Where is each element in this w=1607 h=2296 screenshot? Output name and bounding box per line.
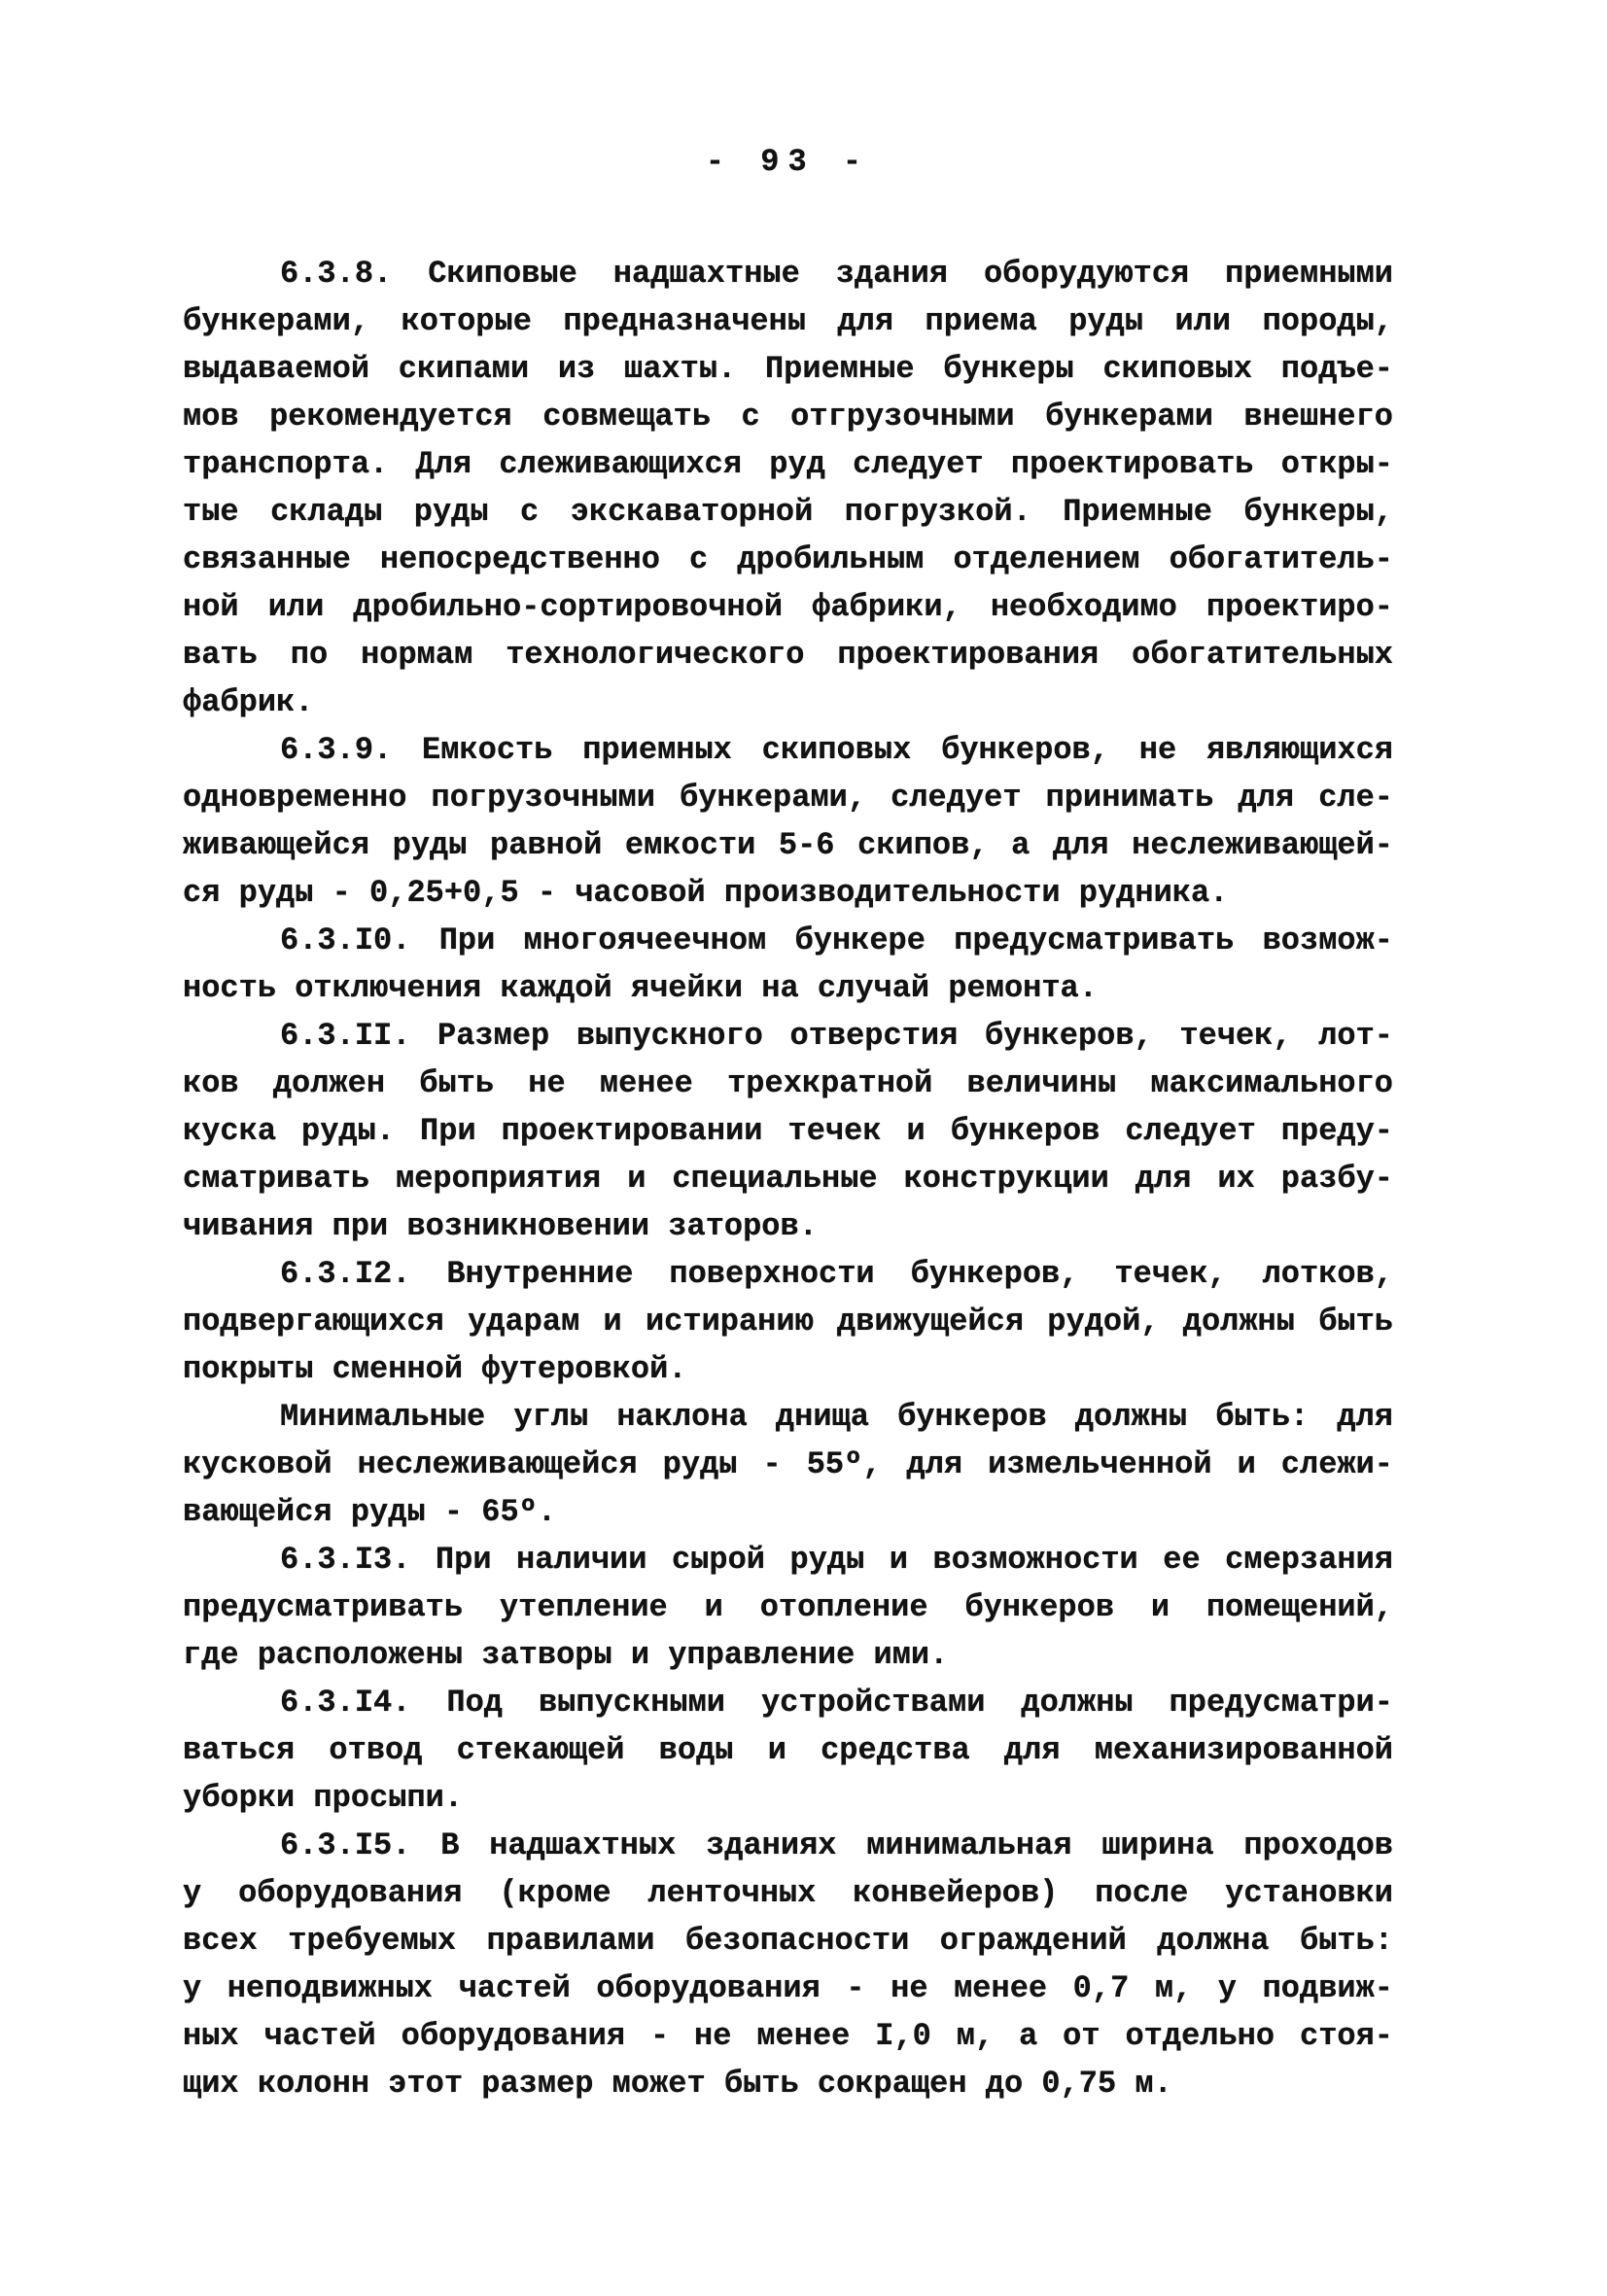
paragraph-min-angles: Минимальные углы наклона днища бункеров … <box>183 1393 1393 1536</box>
text-line: ков должен быть не менее трехкратной вел… <box>183 1060 1393 1107</box>
paragraph-6-3-12: 6.3.I2. Внутренние поверхности бункеров,… <box>183 1250 1393 1393</box>
text-line: вать по нормам технологического проектир… <box>183 631 1393 678</box>
document-page: - 93 - 6.3.8. Скиповые надшахтные здания… <box>0 0 1607 2296</box>
paragraph-6-3-15: 6.3.I5. В надшахтных зданиях минимальная… <box>183 1822 1393 2107</box>
text-line: 6.3.II. Размер выпускного отверстия бунк… <box>183 1012 1393 1060</box>
text-line: выдаваемой скипами из шахты. Приемные бу… <box>183 345 1393 393</box>
text-line: Минимальные углы наклона днища бункеров … <box>183 1393 1393 1441</box>
text-line: предусматривать утепление и отопление бу… <box>183 1583 1393 1631</box>
text-line: у неподвижных частей оборудования - не м… <box>183 1965 1393 2012</box>
text-line: 6.3.8. Скиповые надшахтные здания оборуд… <box>183 250 1393 297</box>
text-line: уборки просыпи. <box>183 1774 1393 1822</box>
paragraph-6-3-8: 6.3.8. Скиповые надшахтные здания оборуд… <box>183 250 1393 726</box>
text-line: 6.3.I2. Внутренние поверхности бункеров,… <box>183 1250 1393 1298</box>
text-line: щих колонн этот размер может быть сокращ… <box>183 2060 1393 2107</box>
text-line: всех требуемых правилами безопасности ог… <box>183 1917 1393 1965</box>
text-line: 6.3.I3. При наличии сырой руды и возможн… <box>183 1536 1393 1583</box>
text-line: одновременно погрузочными бункерами, сле… <box>183 774 1393 821</box>
text-line: связанные непосредственно с дробильным о… <box>183 536 1393 583</box>
paragraph-6-3-9: 6.3.9. Емкость приемных скиповых бункеро… <box>183 726 1393 917</box>
text-line: у оборудования (кроме ленточных конвейер… <box>183 1869 1393 1917</box>
text-line: ных частей оборудования - не менее I,0 м… <box>183 2012 1393 2060</box>
text-line: кусковой неслеживающейся руды - 55º, для… <box>183 1441 1393 1488</box>
text-line: ваться отвод стекающей воды и средства д… <box>183 1726 1393 1774</box>
text-line: ной или дробильно-сортировочной фабрики,… <box>183 583 1393 631</box>
text-line: где расположены затворы и управление ими… <box>183 1631 1393 1679</box>
page-number: - 93 - <box>183 144 1393 180</box>
text-line: чивания при возникновении заторов. <box>183 1202 1393 1250</box>
text-line: мов рекомендуется совмещать с отгрузочны… <box>183 393 1393 440</box>
paragraph-6-3-11: 6.3.II. Размер выпускного отверстия бунк… <box>183 1012 1393 1250</box>
text-line: ность отключения каждой ячейки на случай… <box>183 964 1393 1012</box>
text-line: фабрик. <box>183 678 1393 726</box>
text-line: транспорта. Для слеживающихся руд следуе… <box>183 440 1393 488</box>
text-line: покрыты сменной футеровкой. <box>183 1345 1393 1393</box>
text-line: куска руды. При проектировании течек и б… <box>183 1107 1393 1155</box>
text-line: бункерами, которые предназначены для при… <box>183 297 1393 345</box>
text-line: ся руды - 0,25+0,5 - часовой производите… <box>183 869 1393 917</box>
text-block: 6.3.8. Скиповые надшахтные здания оборуд… <box>183 250 1393 2107</box>
text-line: вающейся руды - 65º. <box>183 1488 1393 1536</box>
text-line: 6.3.I5. В надшахтных зданиях минимальная… <box>183 1822 1393 1869</box>
text-line: 6.3.9. Емкость приемных скиповых бункеро… <box>183 726 1393 774</box>
paragraph-6-3-14: 6.3.I4. Под выпускными устройствами долж… <box>183 1679 1393 1822</box>
text-line: 6.3.I4. Под выпускными устройствами долж… <box>183 1679 1393 1726</box>
text-line: подвергающихся ударам и истиранию движущ… <box>183 1298 1393 1345</box>
paragraph-6-3-10: 6.3.I0. При многоячеечном бункере предус… <box>183 917 1393 1012</box>
text-line: живающейся руды равной емкости 5-6 скипо… <box>183 821 1393 869</box>
text-line: тые склады руды с экскаваторной погрузко… <box>183 488 1393 536</box>
text-line: сматривать мероприятия и специальные кон… <box>183 1155 1393 1202</box>
text-line: 6.3.I0. При многоячеечном бункере предус… <box>183 917 1393 964</box>
paragraph-6-3-13: 6.3.I3. При наличии сырой руды и возможн… <box>183 1536 1393 1679</box>
